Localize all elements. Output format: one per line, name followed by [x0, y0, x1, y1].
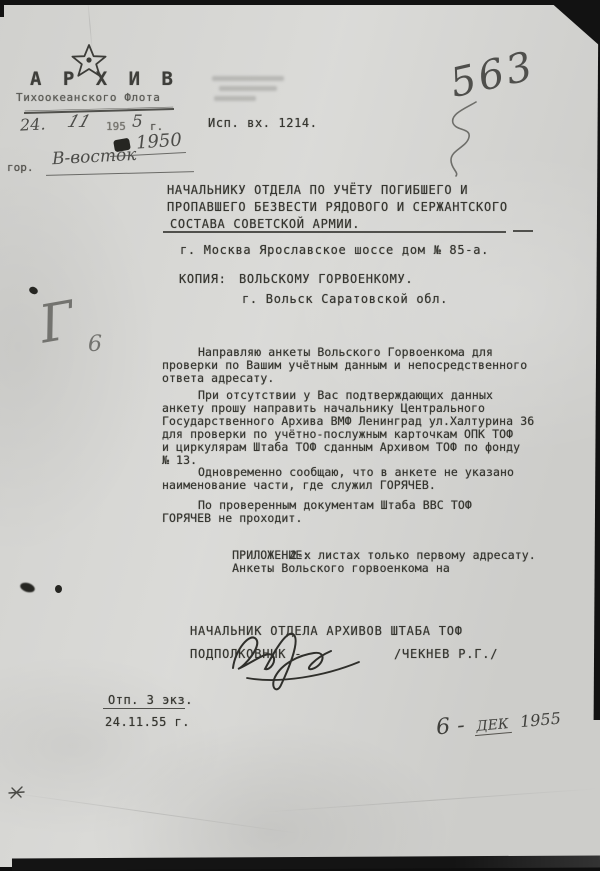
paper-crease [1, 791, 298, 834]
body-line: и циркулярам Штаба ТОФ сданным Архивом Т… [162, 441, 534, 454]
stamp-number-value: 1950 [135, 129, 182, 153]
recipient-underline-dash [513, 230, 533, 232]
recipient-underline [163, 231, 506, 233]
attachment-line: 2-х листах только первому адресату. [290, 549, 536, 562]
paper-crease [260, 788, 599, 813]
ink-smudge [19, 581, 36, 594]
copy-line: г. Вольск Саратовской обл. [242, 291, 448, 308]
copy-line: ВОЛЬСКОМУ ГОРВОЕНКОМУ. [239, 271, 413, 288]
scan-edge-top [0, 0, 600, 5]
body-paragraph-1: Направляю анкеты Вольского Горвоенкома д… [162, 346, 527, 385]
bleedthrough-smudge [214, 96, 256, 101]
signer-name: /ЧЕКНЕВ Р.Г./ [394, 647, 498, 661]
stamp-date-year-hand: 5 [132, 112, 143, 132]
received-month: ДЕК [474, 716, 512, 736]
body-line: наименование части, где служил ГОРЯЧЕВ. [162, 479, 514, 492]
stamp-city-value: В-восток [52, 145, 137, 169]
attachment-text: Анкеты Вольского горвоенкома на [232, 561, 450, 575]
body-paragraph-3: Одновременно сообщаю, что в анкете не ук… [162, 466, 514, 492]
stamp-date-month: 11 [65, 112, 93, 132]
body-line: ГОРЯЧЕВ не проходит. [162, 512, 472, 525]
scan-edge-bottom [12, 855, 600, 867]
stamp-city-label: гор. [7, 161, 34, 174]
body-line: ответа адресату. [162, 372, 527, 385]
bleedthrough-smudge [219, 86, 277, 91]
stamp-date-day: 24. [20, 114, 46, 134]
stamp-org-subname: Тихоокеанского Флота [16, 91, 160, 104]
document-page: А Р Х И В Тихоокеанского Флота 24. 11 19… [0, 0, 600, 867]
ink-dot [55, 585, 62, 593]
stamp-org-name: А Р Х И В [30, 68, 178, 90]
received-day: 6 - [435, 713, 466, 740]
scan-edge-right [592, 28, 600, 720]
body-paragraph-4: По проверенным документам Штаба ВВС ТОФ … [162, 499, 472, 525]
copies-note-underline [103, 708, 185, 709]
bleedthrough-smudge [212, 76, 284, 81]
scan-edge-corner [548, 0, 600, 46]
body-paragraph-2: При отсутствии у Вас подтверждающих данн… [162, 389, 534, 467]
ink-blot [28, 285, 39, 295]
scan-edge-notch [0, 5, 4, 17]
margin-mark-number: 6 [88, 332, 102, 357]
stamp-divider-line [24, 108, 174, 113]
recipient-address: г. Москва Ярославское шоссе дом № 85-а. [180, 242, 489, 259]
stamp-city-underline [46, 171, 194, 176]
recipient-line: НАЧАЛЬНИКУ ОТДЕЛА ПО УЧЁТУ ПОГИБШЕГО И [167, 182, 468, 199]
copy-label: КОПИЯ: [179, 271, 227, 288]
received-date-handwritten: 6 - ДЕК 1955 [435, 705, 562, 741]
received-year: 1955 [519, 709, 561, 731]
signature-handwritten [225, 622, 365, 694]
margin-mark-letter: Г [35, 290, 79, 355]
stamp-date-year-printed: 195 [106, 120, 126, 133]
attachment-line: ПРИЛОЖЕНИЕ: Анкеты Вольского горвоенкома… [190, 536, 450, 588]
typed-date: 24.11.55 г. [105, 715, 190, 729]
recipient-line: ПРОПАВШЕГО БЕЗВЕСТИ РЯДОВОГО И СЕРЖАНТСК… [167, 199, 508, 216]
pencil-squiggle [440, 98, 482, 178]
copies-note: Отп. 3 экз. [108, 693, 193, 707]
exec-reference: Исп. вх. 1214. [208, 116, 318, 130]
